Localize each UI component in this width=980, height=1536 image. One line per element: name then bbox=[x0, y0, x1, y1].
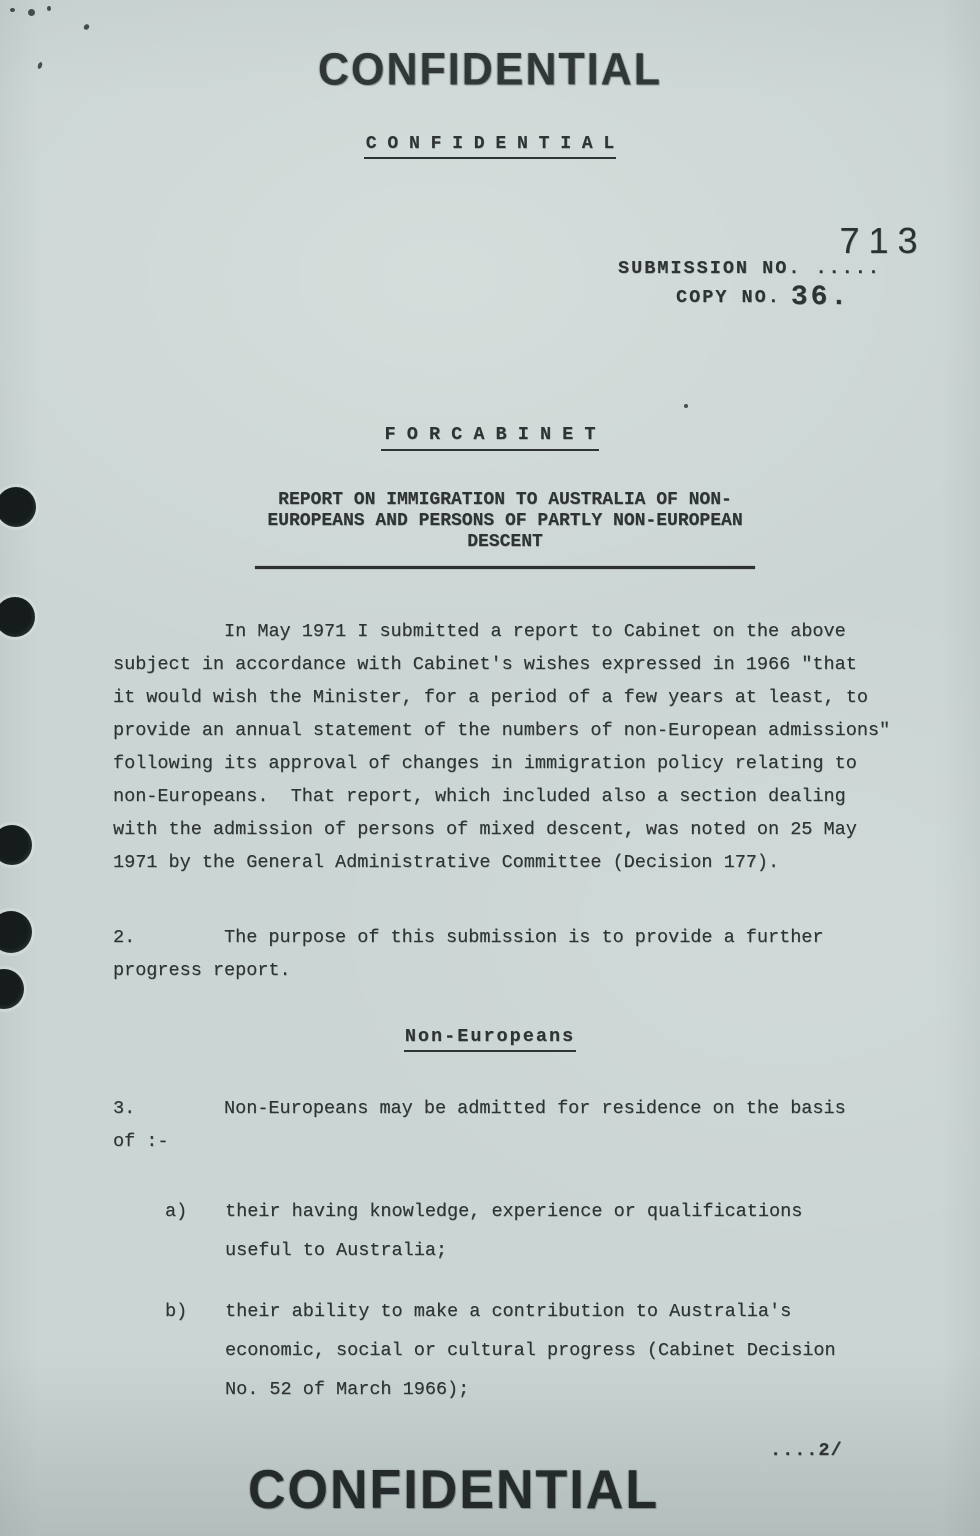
section-heading-text: Non-Europeans bbox=[404, 1026, 576, 1052]
for-cabinet-heading: F O R C A B I N E T bbox=[0, 424, 980, 451]
submission-number-label: SUBMISSION NO. bbox=[618, 258, 801, 279]
ink-speck bbox=[28, 9, 35, 16]
for-cabinet-heading-text: F O R C A B I N E T bbox=[381, 424, 600, 451]
confidential-stamp-bottom: CONFIDENTIAL bbox=[248, 1458, 643, 1522]
copy-number-value: 36. bbox=[791, 282, 850, 313]
paragraph-2: 2. The purpose of this submission is to … bbox=[113, 921, 953, 987]
classification-heading-text: C O N F I D E N T I A L bbox=[364, 134, 616, 159]
submission-number-value: 713 bbox=[839, 220, 926, 262]
section-heading-non-europeans: Non-Europeans bbox=[0, 1026, 980, 1052]
paragraph-3: 3. Non-Europeans may be admitted for res… bbox=[113, 1092, 953, 1158]
submission-number-dotted-line: 713 ..... bbox=[815, 258, 881, 279]
list-item-a-text: their having knowledge, experience or qu… bbox=[225, 1192, 925, 1270]
ink-speck bbox=[684, 404, 688, 408]
paragraph-1: In May 1971 I submitted a report to Cabi… bbox=[113, 615, 953, 879]
list-item-b-marker: b) bbox=[165, 1292, 187, 1331]
classification-heading: C O N F I D E N T I A L bbox=[0, 134, 980, 159]
list-item-b-text: their ability to make a contribution to … bbox=[225, 1292, 925, 1409]
list-item-a-marker: a) bbox=[165, 1192, 187, 1231]
copy-number-label: COPY NO. bbox=[676, 287, 781, 308]
ink-speck bbox=[10, 8, 15, 12]
document-title: REPORT ON IMMIGRATION TO AUSTRALIA OF NO… bbox=[110, 490, 900, 553]
confidential-stamp-top: CONFIDENTIAL bbox=[300, 44, 680, 96]
title-underline-rule bbox=[255, 566, 755, 569]
ink-speck bbox=[47, 6, 51, 11]
page-continuation-marker: ....2/ bbox=[770, 1440, 843, 1461]
submission-block: SUBMISSION NO. 713 ..... COPY NO. 36. bbox=[618, 258, 881, 311]
